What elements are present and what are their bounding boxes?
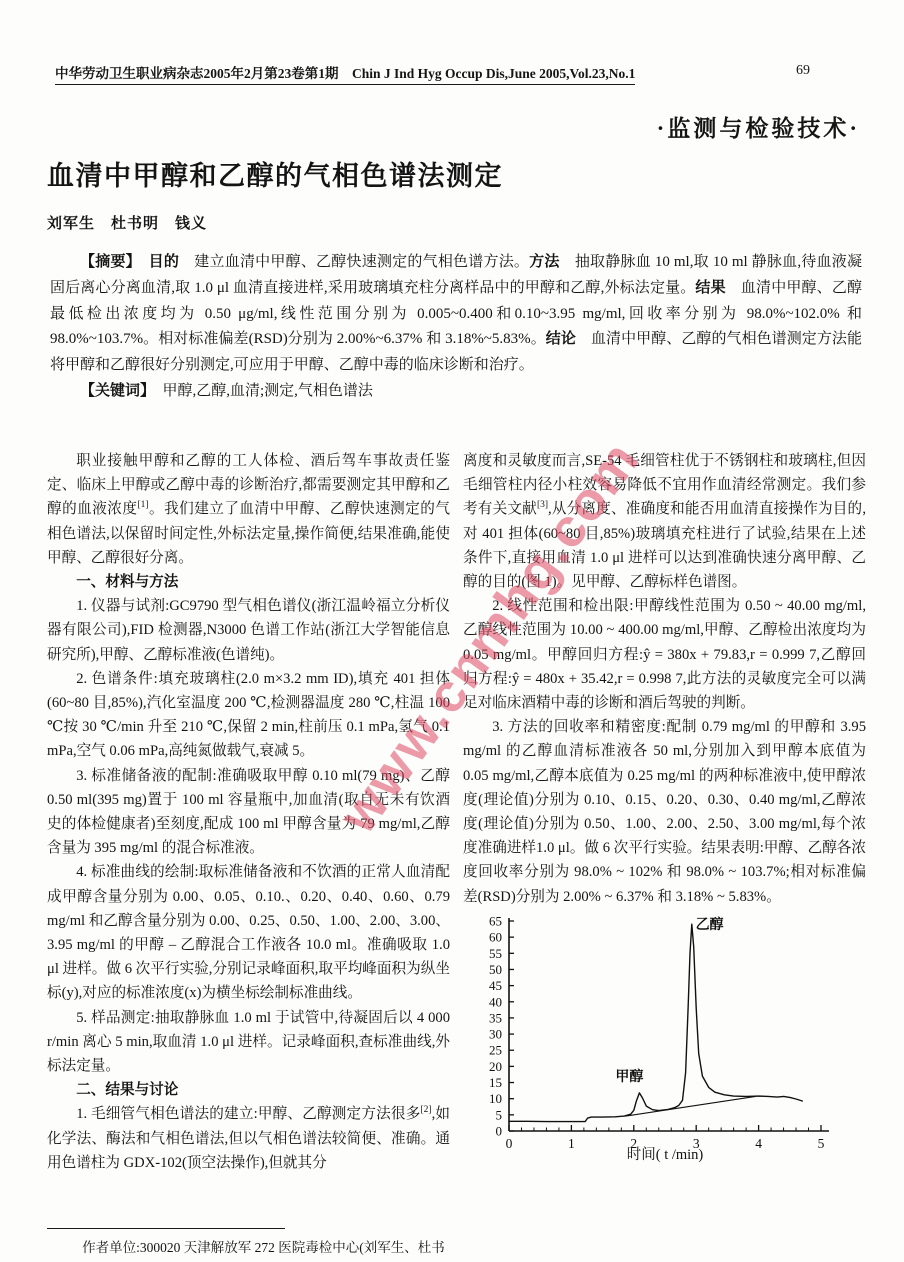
svg-text:40: 40 — [489, 994, 502, 1009]
right-column: 离度和灵敏度而言,SE-54 毛细管柱优于不锈钢柱和玻璃柱,但因毛细管柱内径小柱… — [463, 449, 866, 1175]
svg-text:60: 60 — [489, 930, 502, 945]
keywords-line: 【关键词】 甲醇,乙醇,血清;测定,气相色谱法 — [50, 379, 862, 405]
svg-text:45: 45 — [489, 978, 502, 993]
reference-3: [3] — [537, 501, 548, 511]
left-column: 职业接触甲醇和乙醇的工人体检、酒后驾车事故责任鉴定、临床上甲醇或乙醇中毒的诊断治… — [47, 449, 450, 1175]
running-header-text: 中华劳动卫生职业病杂志2005年2月第23卷第1期 Chin J Ind Hyg… — [55, 66, 635, 85]
svg-text:时间( t /min): 时间( t /min) — [627, 1146, 704, 1163]
svg-text:1: 1 — [568, 1136, 575, 1151]
footnote-text: 作者单位:300020 天津解放军 272 医院毒检中心(刘军生、杜书 — [47, 1236, 477, 1256]
journal-name-cn: 中华劳动卫生职业病杂志2005年2月第23卷第1期 — [55, 66, 339, 81]
svg-text:乙醇: 乙醇 — [696, 916, 724, 933]
page-number: 69 — [796, 63, 810, 79]
section-label: ·监测与检验技术· — [657, 110, 860, 143]
journal-name-en: Chin J Ind Hyg Occup Dis,June 2005,Vol.2… — [339, 66, 636, 81]
figure-chromatogram: 05101520253035404550556065012345甲醇乙醇时间( … — [463, 913, 861, 1165]
abstract-methods-label: 方法 — [529, 254, 575, 270]
body-columns: 职业接触甲醇和乙醇的工人体检、酒后驾车事故责任鉴定、临床上甲醇或乙醇中毒的诊断治… — [47, 449, 866, 1175]
footnote-rule — [47, 1228, 285, 1229]
svg-text:35: 35 — [489, 1010, 502, 1025]
keywords-text: 甲醇,乙醇,血清;测定,气相色谱法 — [148, 383, 373, 399]
figure-1: 05101520253035404550556065012345甲醇乙醇时间( … — [463, 913, 866, 1173]
svg-text:30: 30 — [489, 1026, 502, 1041]
paragraph-intro: 职业接触甲醇和乙醇的工人体检、酒后驾车事故责任鉴定、临床上甲醇或乙醇中毒的诊断治… — [47, 449, 450, 570]
svg-text:55: 55 — [489, 946, 502, 961]
svg-text:20: 20 — [489, 1059, 502, 1074]
abstract-paragraph: 【摘要】 目的 建立血清中甲醇、乙醇快速测定的气相色谱方法。方法 抽取静脉血 1… — [50, 250, 862, 379]
section-heading-methods: 一、材料与方法 — [47, 570, 450, 594]
abstract-tag: 【摘要】 — [80, 254, 133, 270]
svg-text:65: 65 — [489, 913, 502, 928]
abstract-results-label: 结果 — [695, 280, 740, 296]
svg-text:50: 50 — [489, 962, 502, 977]
svg-text:10: 10 — [489, 1091, 502, 1106]
svg-text:5: 5 — [818, 1136, 825, 1151]
section-heading-results: 二、结果与讨论 — [47, 1078, 450, 1102]
article-title: 血清中甲醇和乙醇的气相色谱法测定 — [47, 154, 503, 193]
svg-text:25: 25 — [489, 1043, 502, 1058]
keywords-tag: 【关键词】 — [80, 383, 148, 399]
paragraph-standard-curve: 4. 标准曲线的绘制:取标准储备液和不饮酒的正常人血清配成甲醇含量分别为 0.0… — [47, 860, 450, 1005]
svg-text:15: 15 — [489, 1075, 502, 1090]
abstract-block: 【摘要】 目的 建立血清中甲醇、乙醇快速测定的气相色谱方法。方法 抽取静脉血 1… — [50, 250, 862, 405]
paragraph-recovery-precision: 3. 方法的回收率和精密度:配制 0.79 mg/ml 的甲醇和 3.95 mg… — [463, 715, 866, 909]
svg-text:5: 5 — [496, 1107, 503, 1122]
paragraph-linear-range: 2. 线性范围和检出限:甲醇线性范围为 0.50 ~ 40.00 mg/ml,乙… — [463, 594, 866, 715]
paragraph-stock-solution: 3. 标准储备液的配制:准确吸取甲醇 0.10 ml(79 mg)、乙醇 0.5… — [47, 764, 450, 861]
running-header: 中华劳动卫生职业病杂志2005年2月第23卷第1期 Chin J Ind Hyg… — [55, 62, 635, 82]
svg-text:甲醇: 甲醇 — [615, 1068, 643, 1085]
journal-page: 中华劳动卫生职业病杂志2005年2月第23卷第1期 Chin J Ind Hyg… — [0, 0, 904, 1262]
svg-text:0: 0 — [496, 1123, 503, 1138]
abstract-objective-label: 目的 — [133, 254, 194, 270]
abstract-objective-text: 建立血清中甲醇、乙醇快速测定的气相色谱方法。 — [194, 254, 529, 270]
reference-2: [2] — [420, 1106, 431, 1116]
svg-text:0: 0 — [506, 1136, 513, 1151]
paragraph-sample-determination: 5. 样品测定:抽取静脉血 1.0 ml 于试管中,待凝固后以 4 000 r/… — [47, 1006, 450, 1079]
author-footnote: 作者单位:300020 天津解放军 272 医院毒检中心(刘军生、杜书 — [47, 1228, 477, 1256]
paragraph-column-comparison: 离度和灵敏度而言,SE-54 毛细管柱优于不锈钢柱和玻璃柱,但因毛细管柱内径小柱… — [463, 449, 866, 594]
svg-text:4: 4 — [755, 1136, 762, 1151]
paragraph-instruments: 1. 仪器与试剂:GC9790 型气相色谱仪(浙江温岭福立分析仪器有限公司),F… — [47, 594, 450, 667]
paragraph-capillary-gc: 1. 毛细管气相色谱法的建立:甲醇、乙醇测定方法很多[2],如化学法、酶法和气相… — [47, 1102, 450, 1175]
reference-1: [1] — [137, 501, 148, 511]
paragraph-gc-conditions: 2. 色谱条件:填充玻璃柱(2.0 m×3.2 mm ID),填充 401 担体… — [47, 667, 450, 764]
authors: 刘军生 杜书明 钱义 — [47, 212, 207, 233]
abstract-conclusion-label: 结论 — [546, 331, 591, 347]
